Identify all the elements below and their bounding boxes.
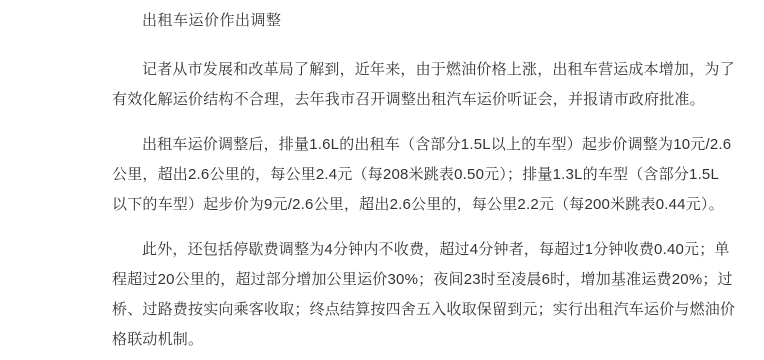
paragraph: 记者从市发展和改革局了解到，近年来，由于燃油价格上涨，出租车营运成本增加，为了有… (112, 55, 744, 115)
paragraph-line: 公里，超出2.6公里的，每公里2.4元（每208米跳表0.50元）；排量1.3L… (112, 160, 744, 190)
paragraph-line: 记者从市发展和改革局了解到，近年来，由于燃油价格上涨，出租车营运成本增加，为了 (112, 55, 744, 85)
paragraph-line: 出租车运价调整后，排量1.6L的出租车（含部分1.5L以上的车型）起步价调整为1… (112, 130, 744, 160)
article-body: 记者从市发展和改革局了解到，近年来，由于燃油价格上涨，出租车营运成本增加，为了有… (112, 55, 744, 355)
article-title: 出租车运价作出调整 (112, 6, 744, 36)
paragraph-line: 有效化解运价结构不合理，去年我市召开调整出租汽车运价听证会，并报请市政府批准。 (112, 85, 744, 115)
paragraph: 此外，还包括停歇费调整为4分钟内不收费，超过4分钟者，每超过1分钟收费0.40元… (112, 235, 744, 355)
paragraph-line: 以下的车型）起步价为9元/2.6公里，超出2.6公里的，每公里2.2元（每200… (112, 190, 744, 220)
paragraph-line: 此外，还包括停歇费调整为4分钟内不收费，超过4分钟者，每超过1分钟收费0.40元… (112, 235, 744, 265)
paragraph-line: 格联动机制。 (112, 325, 744, 355)
paragraph: 出租车运价调整后，排量1.6L的出租车（含部分1.5L以上的车型）起步价调整为1… (112, 130, 744, 220)
paragraph-line: 桥、过路费按实向乘客收取；终点结算按四舍五入收取保留到元；实行出租汽车运价与燃油… (112, 295, 744, 325)
article-page: 出租车运价作出调整 记者从市发展和改革局了解到，近年来，由于燃油价格上涨，出租车… (0, 0, 764, 360)
paragraph-line: 程超过20公里的，超过部分增加公里运价30%；夜间23时至凌晨6时，增加基准运费… (112, 265, 744, 295)
